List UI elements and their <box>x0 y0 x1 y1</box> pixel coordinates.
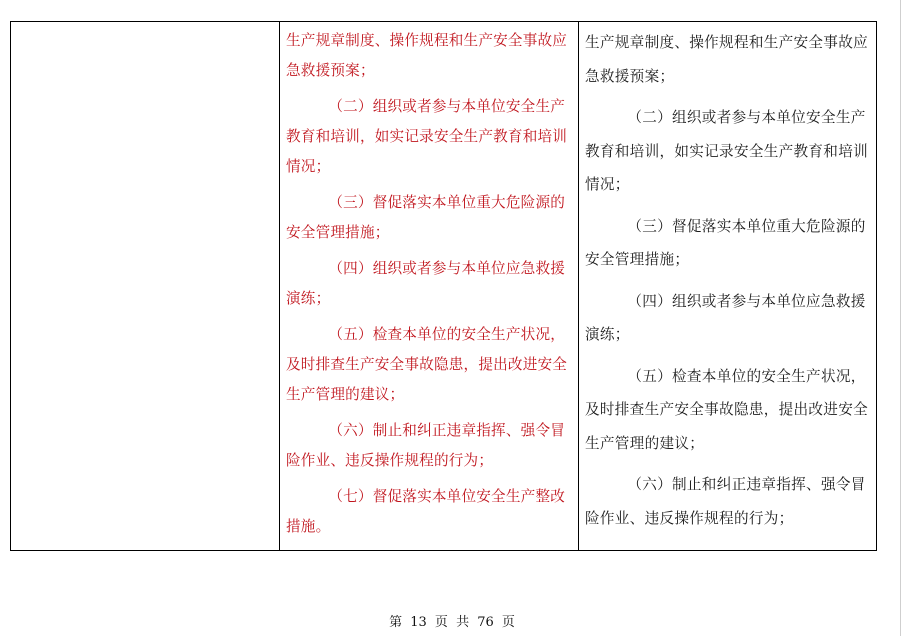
paragraph: （四）组织或者参与本单位应急救援演练； <box>585 285 870 352</box>
table-column-original-text: 生产规章制度、操作规程和生产安全事故应急救援预案； （二）组织或者参与本单位安全… <box>579 22 876 550</box>
paragraph: （七）督促落实本单位安全生产整改措施。 <box>286 482 572 542</box>
paragraph: （二）组织或者参与本单位安全生产教育和培训，如实记录安全生产教育和培训情况； <box>585 101 870 202</box>
paragraph: 生产规章制度、操作规程和生产安全事故应急救援预案； <box>585 26 870 93</box>
page-number: 第 13 页 共 76 页 <box>0 611 904 630</box>
page-edge-divider <box>900 0 901 636</box>
paragraph: （五）检查本单位的安全生产状况，及时排查生产安全事故隐患，提出改进安全生产管理的… <box>286 320 572 410</box>
table-column-blank <box>11 22 280 550</box>
paragraph: （六）制止和纠正违章指挥、强令冒险作业、违反操作规程的行为； <box>585 468 870 535</box>
paragraph: （五）检查本单位的安全生产状况，及时排查生产安全事故隐患，提出改进安全生产管理的… <box>585 360 870 461</box>
paragraph: （六）制止和纠正违章指挥、强令冒险作业、违反操作规程的行为； <box>286 416 572 476</box>
paragraph: （二）组织或者参与本单位安全生产教育和培训，如实记录安全生产教育和培训情况； <box>286 92 572 182</box>
paragraph: （三）督促落实本单位重大危险源的安全管理措施； <box>585 210 870 277</box>
paragraph: 生产规章制度、操作规程和生产安全事故应急救援预案； <box>286 26 572 86</box>
comparison-table: 生产规章制度、操作规程和生产安全事故应急救援预案； （二）组织或者参与本单位安全… <box>10 21 877 551</box>
paragraph: （四）组织或者参与本单位应急救援演练； <box>286 254 572 314</box>
table-column-revised-text: 生产规章制度、操作规程和生产安全事故应急救援预案； （二）组织或者参与本单位安全… <box>280 22 579 550</box>
paragraph: （三）督促落实本单位重大危险源的安全管理措施； <box>286 188 572 248</box>
paragraph: （七）督促落实本单位安全生产整改 <box>585 543 870 550</box>
